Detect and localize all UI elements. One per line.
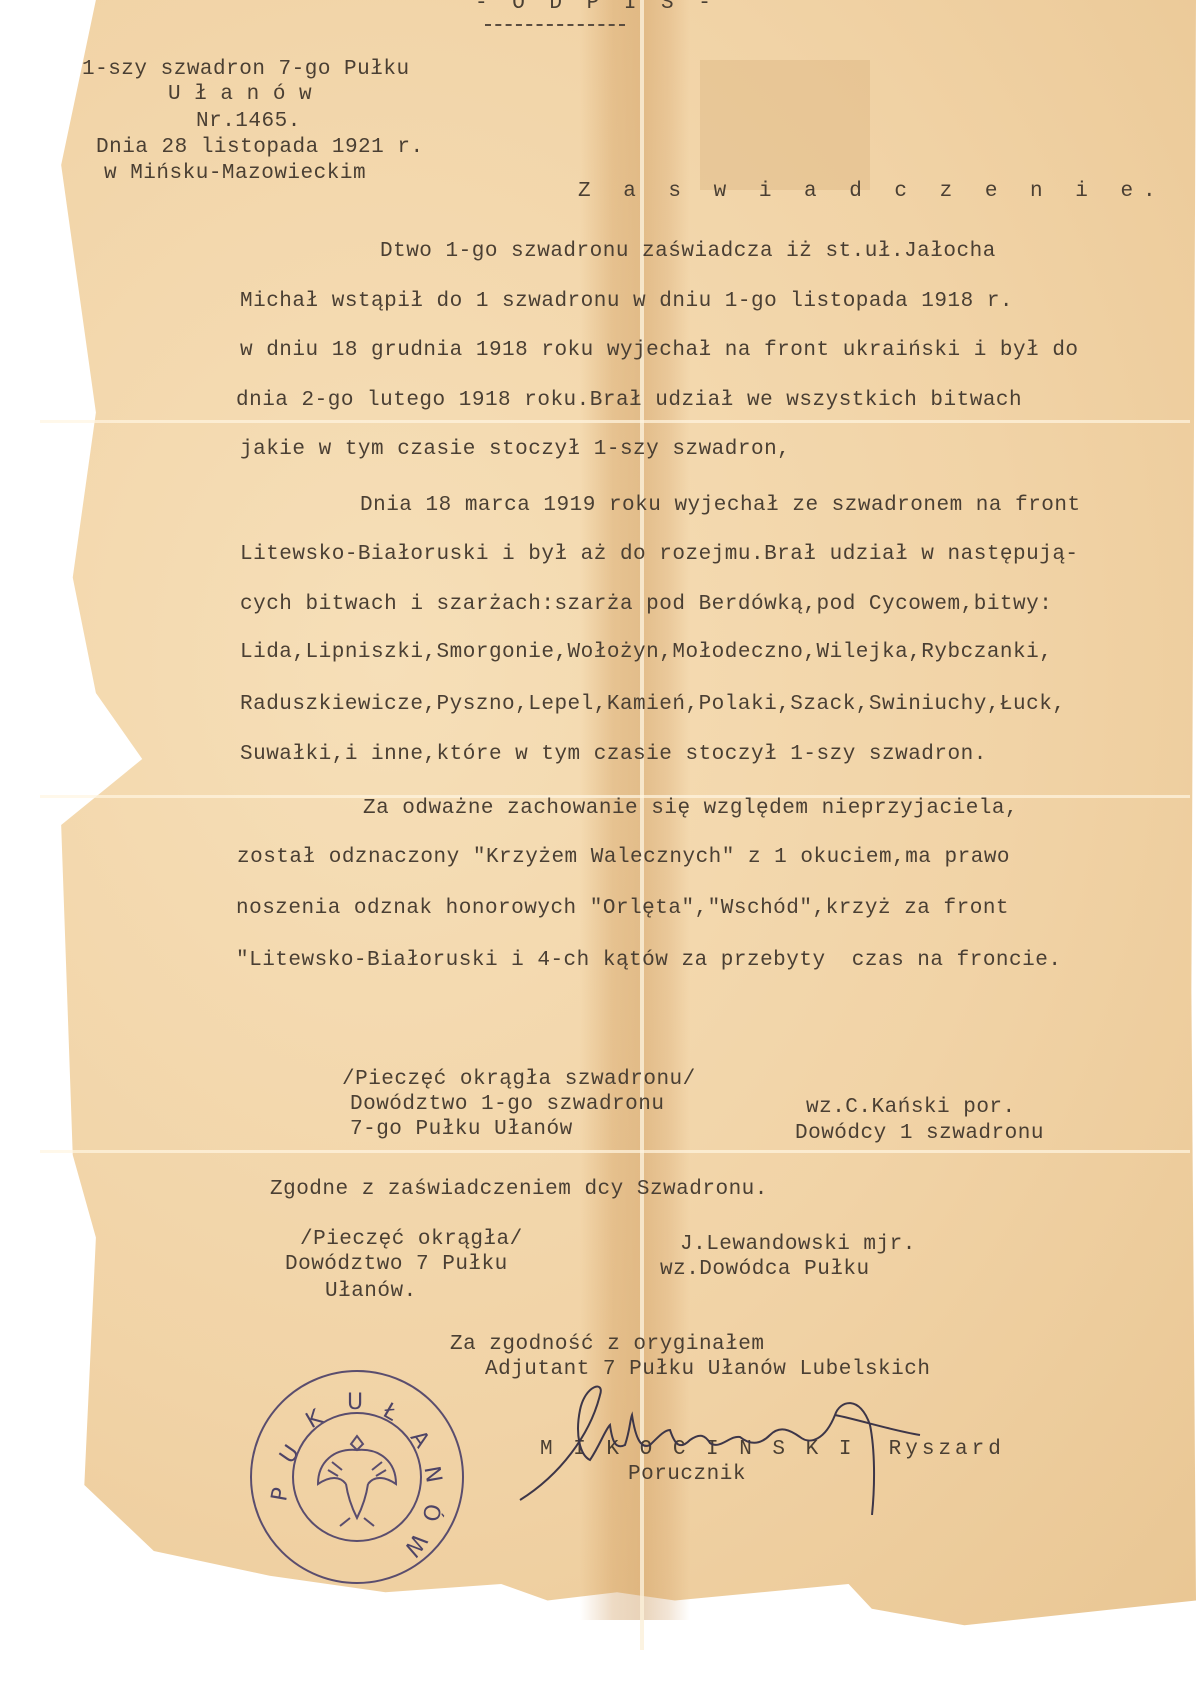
body-line: Raduszkiewicze,Pyszno,Lepel,Kamień,Polak… <box>240 693 1065 716</box>
body-line: cych bitwach i szarżach:szarża pod Berdó… <box>240 593 1052 616</box>
unit-line1: 1-szy szwadron 7-go Pułku <box>82 58 410 81</box>
body-line: Lida,Lipniszki,Smorgonie,Wołożyn,Mołodec… <box>240 641 1052 664</box>
body-line: Litewsko-Białoruski i był aż do rozejmu.… <box>240 543 1079 566</box>
body-line: jakie w tym czasie stoczył 1-szy szwadro… <box>240 438 790 461</box>
document-place: w Mińsku-Mazowieckim <box>104 162 366 185</box>
handwritten-signature <box>480 1375 930 1515</box>
document-date: Dnia 28 listopada 1921 r. <box>96 136 424 159</box>
body-line: dnia 2-go lutego 1918 roku.Brał udział w… <box>236 389 1022 412</box>
body-line: Dnia 18 marca 1919 roku wyjechał ze szwa… <box>360 494 1081 517</box>
body-line: "Litewsko-Białoruski i 4-ch kątów za prz… <box>236 949 1061 972</box>
sig2-left-line1: Dowództwo 7 Pułku <box>285 1253 508 1276</box>
regiment-stamp: P U K U Ł A N Ó W <box>250 1370 464 1584</box>
sig1-left-line1: Dowództwo 1-go szwadronu <box>350 1093 664 1116</box>
sig1-right-line2: Dowódcy 1 szwadronu <box>795 1122 1044 1145</box>
body-line: Suwałki,i inne,które w tym czasie stoczy… <box>240 743 987 766</box>
seal-note-2: /Pieczęć okrągła/ <box>300 1228 523 1251</box>
body-line: Dtwo 1-go szwadronu zaświadcza iż st.uł.… <box>380 240 996 263</box>
conformity-note: Zgodne z zaświadczeniem dcy Szwadronu. <box>270 1178 768 1201</box>
body-line: Za odważne zachowanie się względem niepr… <box>363 797 1018 820</box>
sig2-right-line1: J.Lewandowski mjr. <box>680 1233 916 1256</box>
sig2-right-line2: wz.Dowódca Pułku <box>660 1258 870 1281</box>
unit-line2: U ł a n ó w <box>168 83 312 106</box>
body-line: Michał wstąpił do 1 szwadronu w dniu 1-g… <box>240 290 1013 313</box>
tape-patch <box>700 60 870 190</box>
body-line: w dniu 18 grudnia 1918 roku wyjechał na … <box>240 339 1079 362</box>
seal-note-1: /Pieczęć okrągła szwadronu/ <box>342 1068 696 1091</box>
certification-line1: Za zgodność z oryginałem <box>450 1333 764 1356</box>
sig1-left-line2: 7-go Pułku Ułanów <box>350 1118 573 1141</box>
horizontal-fold <box>40 420 1190 423</box>
body-line: noszenia odznak honorowych "Orlęta","Wsc… <box>236 897 1009 920</box>
document-number: Nr.1465. <box>196 110 301 133</box>
document-title: Z a s w i a d c z e n i e. <box>578 180 1166 203</box>
body-line: został odznaczony "Krzyżem Walecznych" z… <box>237 846 1010 869</box>
sig2-left-line2: Ułanów. <box>325 1280 417 1303</box>
copy-underline <box>485 24 625 26</box>
horizontal-fold <box>40 1150 1190 1153</box>
sig1-right-line1: wz.C.Kański por. <box>806 1096 1016 1119</box>
eagle-emblem-icon <box>294 1414 420 1540</box>
copy-mark: - O D P I S - <box>475 0 717 15</box>
